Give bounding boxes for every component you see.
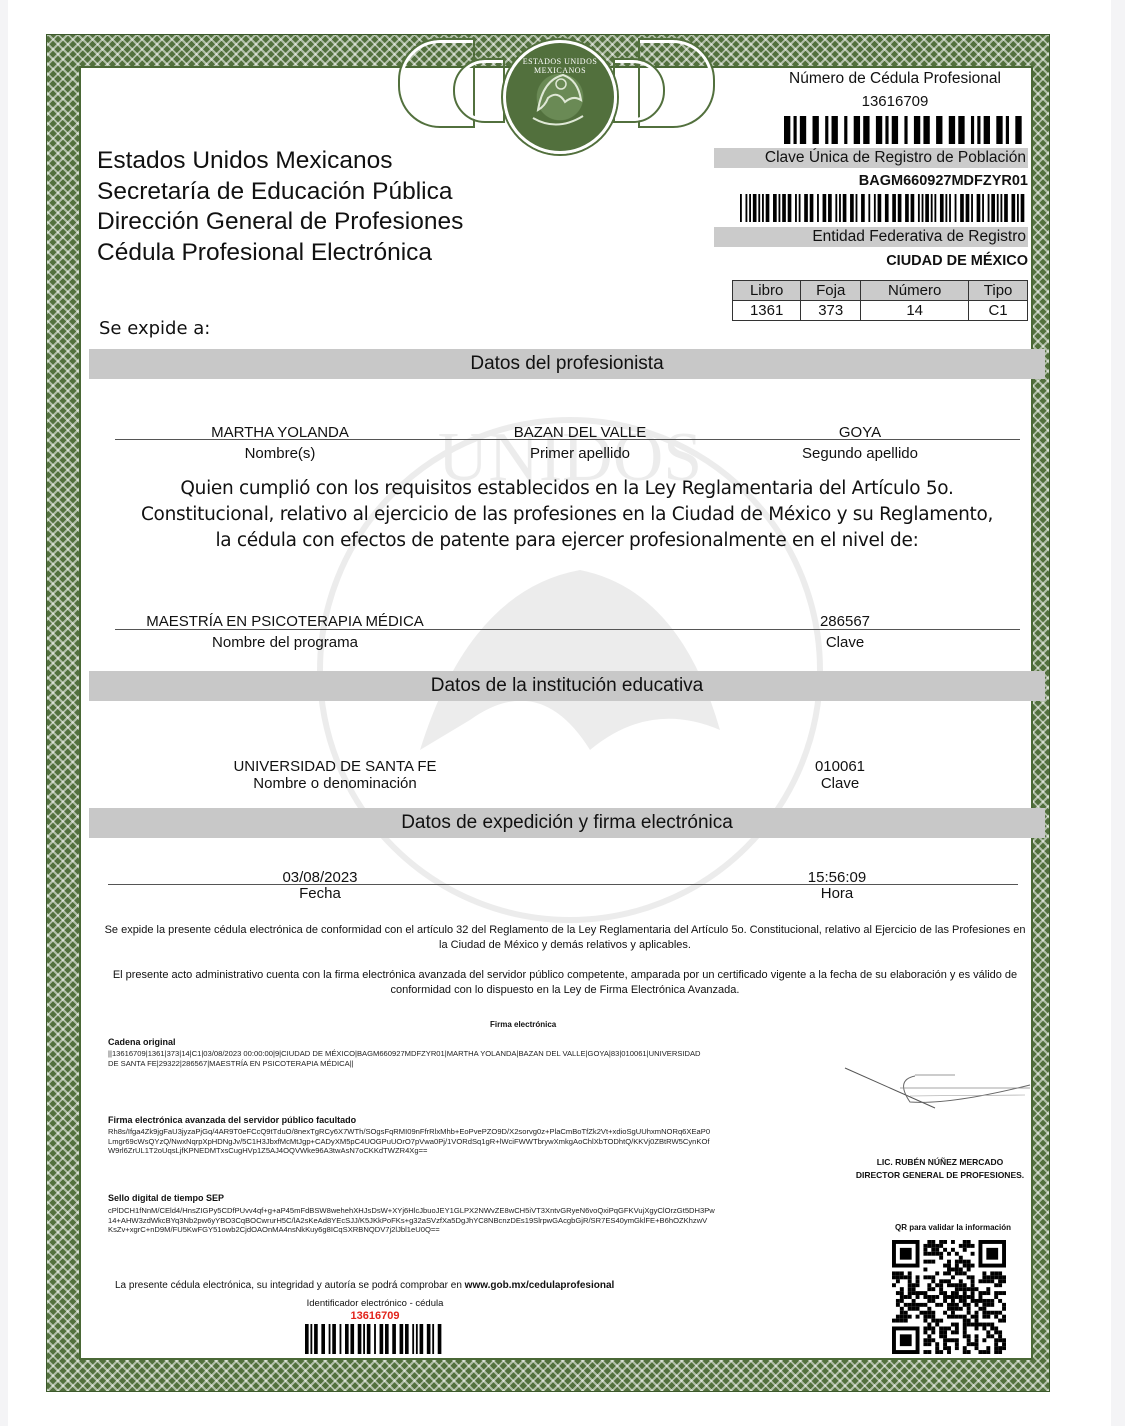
issue-date-label: Fecha (220, 885, 420, 902)
verification-note: La presente cédula electrónica, su integ… (115, 1280, 614, 1291)
entidad-label: Entidad Federativa de Registro (714, 227, 1028, 247)
header-line-document-type: Cédula Profesional Electrónica (97, 238, 463, 269)
sello-line: 14+AHW3zdWkcBYq3Nb2pw6yYBO3CqBOCwrurH5C/… (108, 1216, 715, 1226)
statement-line: Quien cumplió con los requisitos estable… (85, 476, 1049, 502)
cedula-number-label: Número de Cédula Profesional (745, 70, 1045, 88)
sello-line: KsZv+xgrC+nD9M/FU5KwFGY51owb2CjdOAOnMA4n… (108, 1225, 715, 1235)
firma-hash: Rh8s/Ifga4Zk9jgFaU3jyzaPjGq/4AR9T0eFCcQ9… (108, 1127, 710, 1156)
given-names-label: Nombre(s) (180, 445, 380, 462)
sello-label: Sello digital de tiempo SEP (108, 1193, 224, 1203)
statement-line: Constitucional, relativo al ejercicio de… (85, 502, 1049, 528)
identifier-barcode (305, 1324, 445, 1354)
cell-tipo: C1 (969, 301, 1028, 321)
identifier-label: Identificador electrónico - cédula (300, 1298, 450, 1309)
col-numero: Número (861, 281, 969, 301)
legal-statement: Quien cumplió con los requisitos estable… (85, 476, 1049, 554)
section-header-issuance: Datos de expedición y firma electrónica (89, 808, 1045, 838)
header-line-directorate: Dirección General de Profesiones (97, 207, 463, 238)
national-coat-of-arms-icon: ESTADOS UNIDOS MEXICANOS (503, 40, 617, 154)
program-name: MAESTRÍA EN PSICOTERAPIA MÉDICA (135, 613, 435, 630)
firma-label: Firma electrónica avanzada del servidor … (108, 1115, 356, 1125)
verification-text: La presente cédula electrónica, su integ… (115, 1280, 465, 1291)
curp-label: Clave Única de Registro de Población (714, 148, 1028, 168)
statement-line: la cédula con efectos de patente para ej… (85, 528, 1049, 554)
entidad-value: CIUDAD DE MÉXICO (714, 253, 1028, 269)
qr-label: QR para validar la información (878, 1223, 1028, 1232)
cadena-line: ||13616709|1361|373|14|C1|03/08/2023 00:… (108, 1049, 701, 1059)
institution-code-label: Clave (785, 775, 895, 792)
identifier-value: 13616709 (300, 1310, 450, 1322)
header-line-ministry: Secretaría de Educación Pública (97, 177, 463, 208)
firma-line: Lmgr69cWsQYzQ/NwxNqrpXpHDNgJv/5C1H3JbxfM… (108, 1137, 710, 1147)
col-libro: Libro (733, 281, 801, 301)
cadena-label: Cadena original (108, 1037, 176, 1047)
legal-basis-text: Se expide la presente cédula electrónica… (100, 923, 1030, 953)
cadena-original: ||13616709|1361|373|14|C1|03/08/2023 00:… (108, 1049, 701, 1068)
section-header-institution: Datos de la institución educativa (89, 671, 1045, 701)
col-tipo: Tipo (969, 281, 1028, 301)
divider (115, 439, 1020, 440)
e-signature-text: El presente acto administrativo cuenta c… (100, 968, 1030, 998)
issue-time-label: Hora (782, 885, 892, 902)
firma-line: W9rl6ZrUL1T2oUqsLjfKPNEDMTxsCugHVp1Z5AJ4… (108, 1146, 710, 1156)
cadena-line: DE SANTA FE|29322|286567|MAESTRÍA EN PSI… (108, 1059, 701, 1069)
issuer-header: Estados Unidos Mexicanos Secretaría de E… (97, 146, 463, 268)
signer-title: DIRECTOR GENERAL DE PROFESIONES. (840, 1169, 1040, 1182)
issued-to-label: Se expide a: (99, 318, 210, 339)
col-foja: Foja (801, 281, 861, 301)
program-code: 286567 (790, 613, 900, 630)
cedula-number: 13616709 (745, 93, 1045, 110)
curp-barcode (740, 194, 1028, 222)
cedula-barcode (784, 116, 1028, 144)
second-surname-label: Segundo apellido (760, 445, 960, 462)
handwritten-signature-icon (840, 1060, 1035, 1110)
cell-foja: 373 (801, 301, 861, 321)
cell-numero: 14 (861, 301, 969, 321)
institution-code: 010061 (785, 758, 895, 775)
first-surname-label: Primer apellido (480, 445, 680, 462)
program-code-label: Clave (790, 634, 900, 651)
sello-hash: cPlDCH1fNnM/CEld4/HnsZIGPy5CDfPUvv4qf+g+… (108, 1206, 715, 1235)
section-header-professional: Datos del profesionista (89, 349, 1045, 379)
registry-table: Libro Foja Número Tipo 1361 373 14 C1 (732, 280, 1028, 321)
verification-link[interactable]: www.gob.mx/cedulaprofesional (465, 1280, 615, 1291)
institution-name-label: Nombre o denominación (185, 775, 485, 792)
program-name-label: Nombre del programa (185, 634, 385, 651)
cell-libro: 1361 (733, 301, 801, 321)
institution-name: UNIVERSIDAD DE SANTA FE (185, 758, 485, 775)
qr-code-icon[interactable] (892, 1240, 1006, 1354)
header-line-country: Estados Unidos Mexicanos (97, 146, 463, 177)
firma-line: Rh8s/Ifga4Zk9jgFaU3jyzaPjGq/4AR9T0eFCcQ9… (108, 1127, 710, 1137)
sello-line: cPlDCH1fNnM/CEld4/HnsZIGPy5CDfPUvv4qf+g+… (108, 1206, 715, 1216)
curp-value: BAGM660927MDFZYR01 (714, 173, 1028, 189)
signature-title: Firma electrónica (490, 1020, 556, 1029)
divider (115, 629, 1020, 630)
signer-name: LIC. RUBÉN NÚÑEZ MERCADO (840, 1156, 1040, 1169)
